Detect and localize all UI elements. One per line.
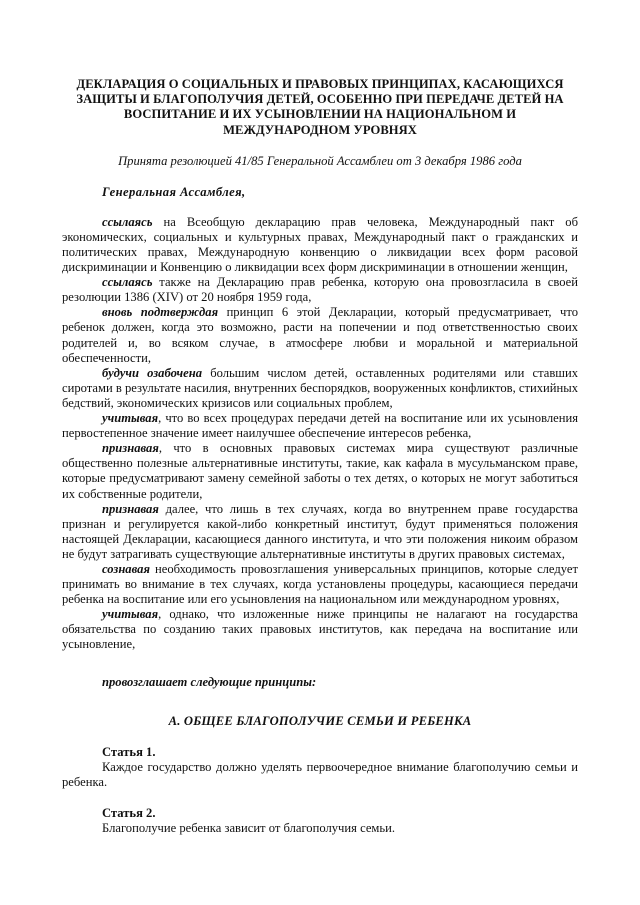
preamble-keyword: признавая: [102, 441, 159, 455]
article-title: Статья 1.: [102, 745, 578, 760]
preamble-paragraph: учитывая, что во всех процедурах передач…: [62, 411, 578, 441]
article-1: Статья 1. Каждое государство должно удел…: [62, 745, 578, 790]
preamble-paragraph: ссылаясь также на Декларацию прав ребенк…: [62, 275, 578, 305]
preamble-keyword: ссылаясь: [102, 275, 153, 289]
article-text: Каждое государство должно уделять первоо…: [62, 760, 578, 790]
article-text: Благополучие ребенка зависит от благопол…: [62, 821, 578, 836]
preamble-keyword: ссылаясь: [102, 215, 153, 229]
preamble: ссылаясь на Всеобщую декларацию прав чел…: [62, 215, 578, 653]
proclamation-line: провозглашает следующие принципы:: [102, 675, 578, 690]
article-title: Статья 2.: [102, 806, 578, 821]
preamble-paragraph: будучи озабочена большим числом детей, о…: [62, 366, 578, 411]
article-2: Статья 2. Благополучие ребенка зависит о…: [62, 806, 578, 836]
preamble-keyword: сознавая: [102, 562, 150, 576]
preamble-keyword: будучи озабочена: [102, 366, 202, 380]
adoption-note: Принята резолюцией 41/85 Генеральной Асс…: [62, 154, 578, 169]
preamble-paragraph: вновь подтверждая принцип 6 этой Деклара…: [62, 305, 578, 365]
preamble-paragraph: учитывая, однако, что изложенные ниже пр…: [62, 607, 578, 652]
preamble-paragraph: признавая далее, что лишь в тех случаях,…: [62, 502, 578, 562]
preamble-paragraph: сознавая необходимость провозглашения ун…: [62, 562, 578, 607]
section-heading: А. ОБЩЕЕ БЛАГОПОЛУЧИЕ СЕМЬИ И РЕБЕНКА: [62, 714, 578, 729]
document-page: ДЕКЛАРАЦИЯ О СОЦИАЛЬНЫХ И ПРАВОВЫХ ПРИНЦ…: [62, 77, 578, 836]
preamble-paragraph: признавая, что в основных правовых систе…: [62, 441, 578, 501]
preamble-paragraph: ссылаясь на Всеобщую декларацию прав чел…: [62, 215, 578, 275]
general-assembly-heading: Генеральная Ассамблея,: [102, 185, 578, 200]
preamble-keyword: вновь подтверждая: [102, 305, 218, 319]
preamble-keyword: учитывая: [102, 607, 158, 621]
preamble-keyword: учитывая: [102, 411, 158, 425]
document-title: ДЕКЛАРАЦИЯ О СОЦИАЛЬНЫХ И ПРАВОВЫХ ПРИНЦ…: [62, 77, 578, 138]
preamble-keyword: признавая: [102, 502, 159, 516]
